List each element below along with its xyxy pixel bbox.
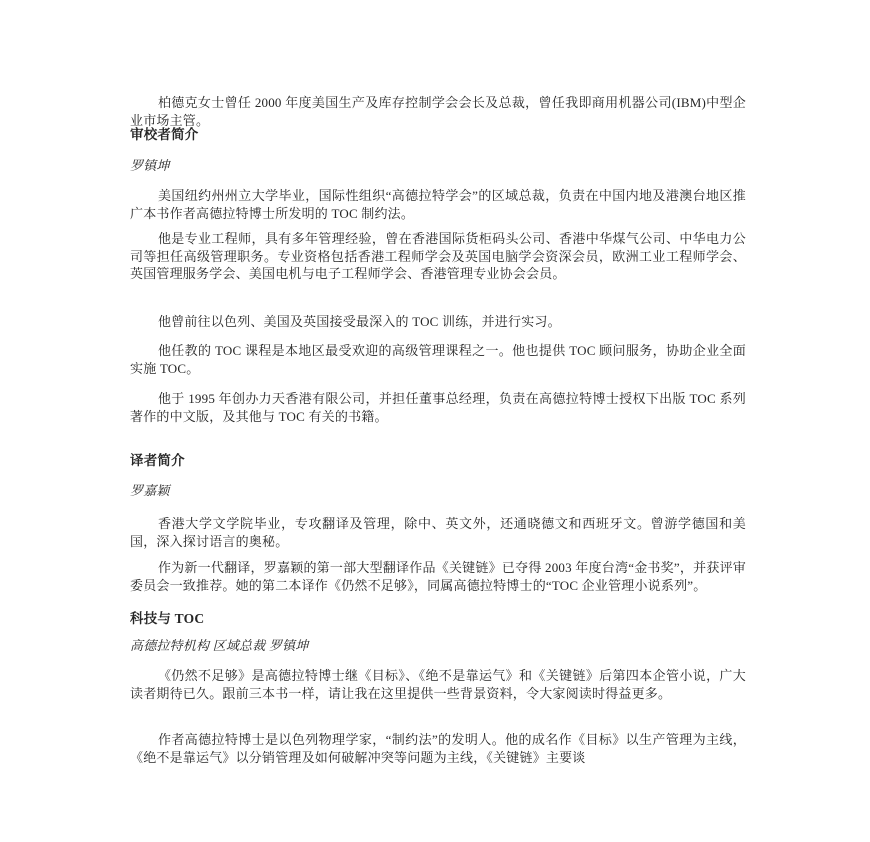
reviewer-name-byline: 罗镇坤 — [130, 157, 746, 175]
reviewer-paragraph-1: 美国纽约州州立大学毕业，国际性组织“高德拉特学会”的区域总裁，负责在中国内地及港… — [130, 187, 746, 222]
tech-toc-paragraph-2: 作者高德拉特博士是以色列物理学家，“制约法”的发明人。他的成名作《目标》以生产管… — [130, 731, 746, 766]
translator-paragraph-2: 作为新一代翻译，罗嘉颖的第一部大型翻译作品《关键链》已夺得 2003 年度台湾“… — [130, 559, 746, 594]
reviewer-paragraph-5: 他于 1995 年创办力天香港有限公司，并担任董事总经理，负责在高德拉特博士授权… — [130, 390, 746, 425]
document-page: 柏德克女士曾任 2000 年度美国生产及库存控制学会会长及总裁，曾任我即商用机器… — [0, 0, 870, 842]
reviewer-section-heading: 审校者简介 — [130, 126, 746, 144]
intro-paragraph: 柏德克女士曾任 2000 年度美国生产及库存控制学会会长及总裁，曾任我即商用机器… — [130, 94, 746, 129]
reviewer-paragraph-4: 他任教的 TOC 课程是本地区最受欢迎的高级管理课程之一。他也提供 TOC 顾问… — [130, 342, 746, 377]
translator-name-byline: 罗嘉颖 — [130, 482, 746, 500]
reviewer-paragraph-3: 他曾前往以色列、美国及英国接受最深入的 TOC 训练，并进行实习。 — [130, 313, 746, 331]
tech-toc-paragraph-1: 《仍然不足够》是高德拉特博士继《目标》、《绝不是靠运气》和《关键链》后第四本企管… — [130, 667, 746, 702]
tech-toc-section-heading: 科技与 TOC — [130, 610, 746, 628]
translator-section-heading: 译者简介 — [130, 452, 746, 470]
translator-paragraph-1: 香港大学文学院毕业，专攻翻译及管理，除中、英文外，还通晓德文和西班牙文。曾游学德… — [130, 515, 746, 550]
tech-toc-author-byline: 高德拉特机构 区域总裁 罗镇坤 — [130, 637, 746, 655]
reviewer-paragraph-2: 他是专业工程师，具有多年管理经验，曾在香港国际货柜码头公司、香港中华煤气公司、中… — [130, 230, 746, 283]
